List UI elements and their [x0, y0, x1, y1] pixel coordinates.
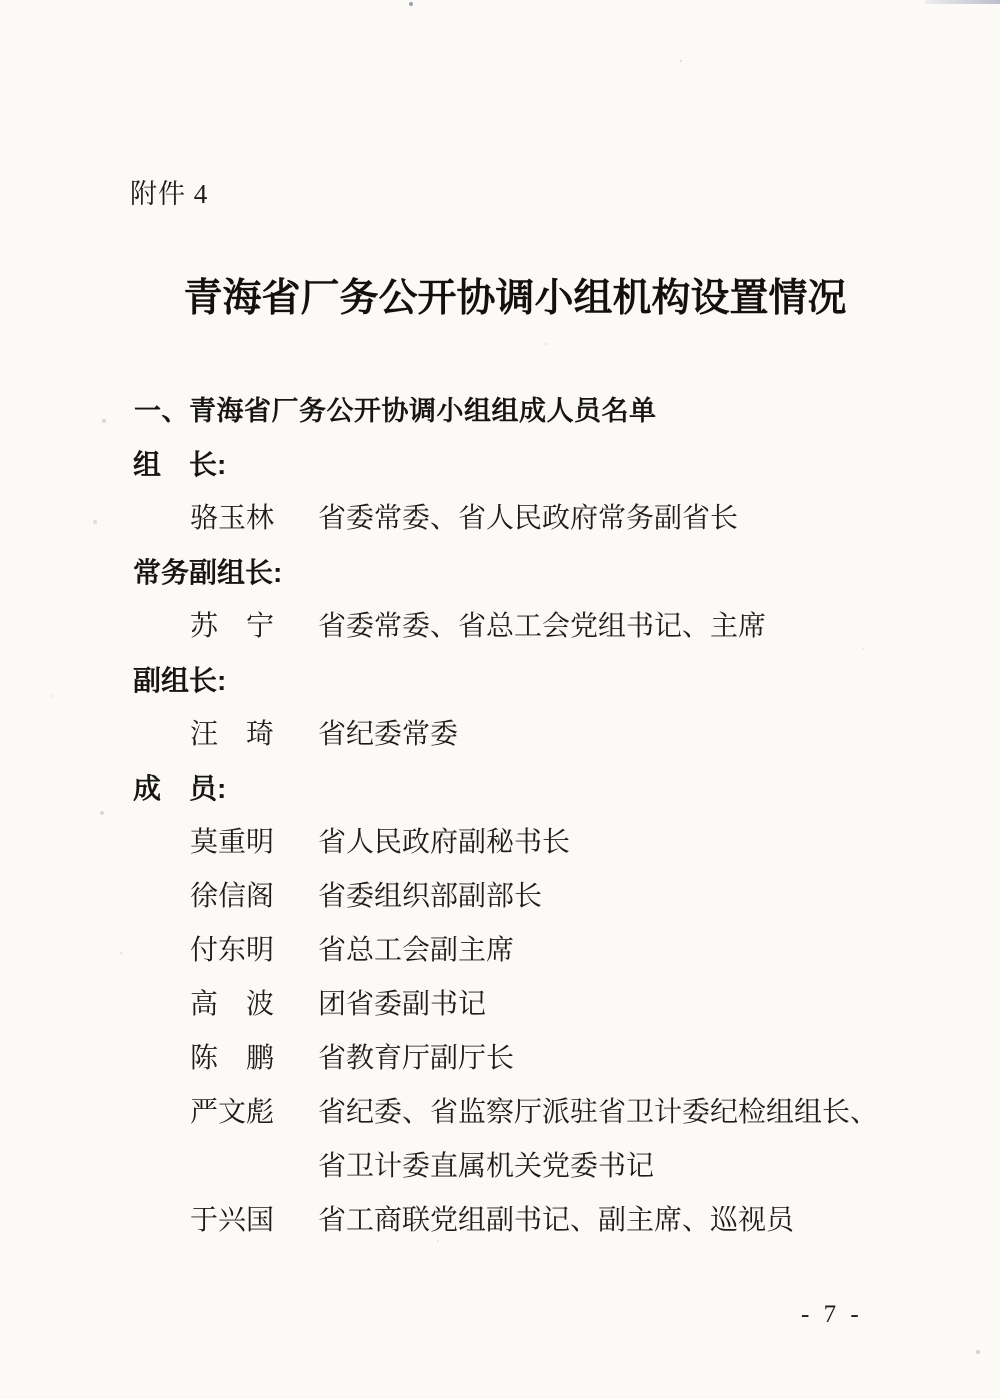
- member-position: 省教育厅副厅长: [318, 1032, 892, 1086]
- scan-edge-artifact: [925, 0, 1000, 4]
- member-name: 付东明: [190, 924, 274, 978]
- member-position: 省人民政府副秘书长: [318, 816, 892, 870]
- member-name: 汪 琦: [190, 708, 274, 762]
- page-number: - 7 -: [801, 1302, 863, 1327]
- member-position: 省委常委、省人民政府常务副省长: [318, 492, 892, 546]
- member-row: 于兴国 省工商联党组副书记、副主席、巡视员: [0, 1194, 1000, 1248]
- document-page: 附件 4 青海省厂务公开协调小组机构设置情况 一、青海省厂务公开协调小组组成人员…: [0, 0, 1000, 1399]
- member-name: 严文彪: [190, 1086, 274, 1140]
- member-position: 省工商联党组副书记、副主席、巡视员: [318, 1194, 892, 1248]
- member-row: 付东明 省总工会副主席: [0, 924, 1000, 978]
- member-position: 省委组织部副部长: [318, 870, 892, 924]
- member-row: 严文彪 省纪委、省监察厅派驻省卫计委纪检组组长、省卫计委直属机关党委书记: [0, 1086, 1000, 1194]
- role-label-members: 成 员:: [133, 762, 1000, 816]
- section-heading: 一、青海省厂务公开协调小组组成人员名单: [134, 398, 657, 425]
- attachment-label: 附件 4: [130, 181, 208, 208]
- member-name: 高 波: [190, 978, 274, 1032]
- member-row: 徐信阁 省委组织部副部长: [0, 870, 1000, 924]
- member-row: 骆玉林 省委常委、省人民政府常务副省长: [0, 492, 1000, 546]
- member-row: 陈 鹏 省教育厅副厅长: [0, 1032, 1000, 1086]
- member-position: 省纪委常委: [318, 708, 892, 762]
- member-row: 汪 琦 省纪委常委: [0, 708, 1000, 762]
- member-position: 省纪委、省监察厅派驻省卫计委纪检组组长、省卫计委直属机关党委书记: [318, 1086, 892, 1194]
- member-name: 陈 鹏: [190, 1032, 274, 1086]
- member-row: 莫重明 省人民政府副秘书长: [0, 816, 1000, 870]
- member-position: 省委常委、省总工会党组书记、主席: [318, 600, 892, 654]
- document-title: 青海省厂务公开协调小组机构设置情况: [30, 278, 1000, 321]
- member-position: 团省委副书记: [318, 978, 892, 1032]
- member-name: 苏 宁: [190, 600, 274, 654]
- member-name: 于兴国: [190, 1194, 274, 1248]
- roster-list: 组 长: 骆玉林 省委常委、省人民政府常务副省长 常务副组长: 苏 宁 省委常委…: [0, 438, 1000, 1248]
- member-name: 徐信阁: [190, 870, 274, 924]
- member-position: 省总工会副主席: [318, 924, 892, 978]
- role-label-group-leader: 组 长:: [133, 438, 1000, 492]
- member-row: 苏 宁 省委常委、省总工会党组书记、主席: [0, 600, 1000, 654]
- member-row: 高 波 团省委副书记: [0, 978, 1000, 1032]
- member-name: 骆玉林: [190, 492, 274, 546]
- role-label-executive-deputy-leader: 常务副组长:: [133, 546, 1000, 600]
- role-label-deputy-leader: 副组长:: [133, 654, 1000, 708]
- scan-noise-specks: [0, 0, 2, 2]
- member-name: 莫重明: [190, 816, 274, 870]
